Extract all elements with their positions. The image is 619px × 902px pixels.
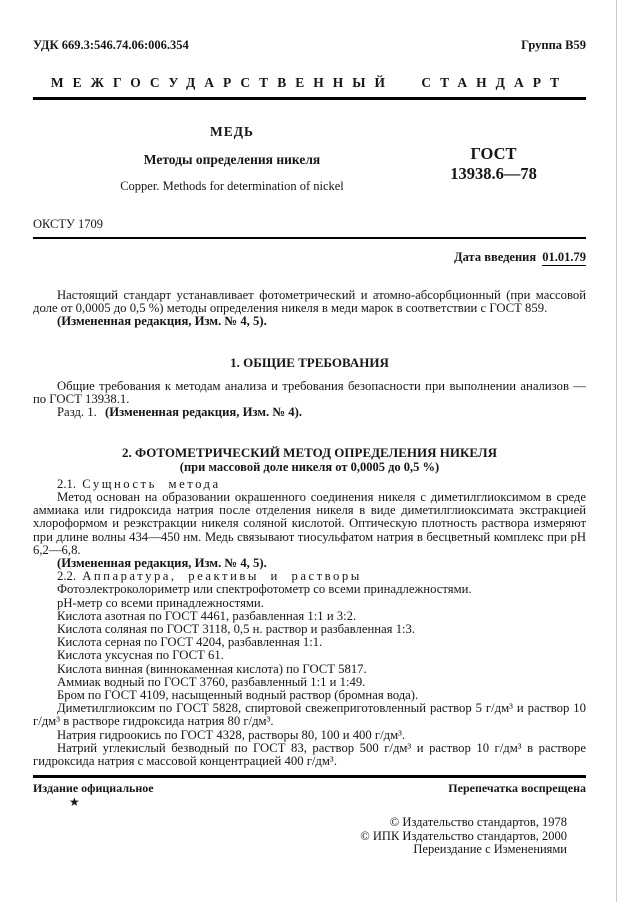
copyright-line-2000: © ИПК Издательство стандартов, 2000 xyxy=(33,830,567,844)
reagent-line: Натрий углекислый безводный по ГОСТ 83, … xyxy=(33,742,586,768)
intro-section: Настоящий стандарт устанавливает фотомет… xyxy=(33,289,586,329)
clause-2-1-paragraph: Метод основан на образовании окрашенного… xyxy=(33,491,586,557)
reprint-prohibited-label: Перепечатка воспрещена xyxy=(448,781,586,796)
section-2: 2. ФОТОМЕТРИЧЕСКИЙ МЕТОД ОПРЕДЕЛЕНИЯ НИК… xyxy=(33,446,586,768)
footer-divider xyxy=(33,775,586,778)
document-title: МЕДЬ xyxy=(63,124,401,140)
date-label: Дата введения xyxy=(454,250,536,264)
section-1-razd-note: Разд. 1. (Измененная редакция, Изм. № 4)… xyxy=(33,406,586,419)
intro-paragraph: Настоящий стандарт устанавливает фотомет… xyxy=(33,289,586,315)
section-1-heading: 1. ОБЩИЕ ТРЕБОВАНИЯ xyxy=(33,356,586,369)
title-block: МЕДЬ Методы определения никеля Copper. M… xyxy=(33,124,586,194)
star-icon: ★ xyxy=(69,796,586,808)
copyright-block: © Издательство стандартов, 1978 © ИПК Из… xyxy=(33,816,586,857)
group-code: Группа В59 xyxy=(521,38,586,53)
okstu-code: ОКСТУ 1709 xyxy=(33,217,586,232)
intro-amendment-note: (Измененная редакция, Изм. № 4, 5). xyxy=(33,315,586,328)
razd-prefix: Разд. 1. xyxy=(57,405,97,419)
clause-2-2-number: 2.2. xyxy=(57,569,76,583)
gost-number-block: ГОСТ 13938.6—78 xyxy=(401,124,586,194)
section-1: 1. ОБЩИЕ ТРЕБОВАНИЯ Общие требования к м… xyxy=(33,356,586,420)
title-column: МЕДЬ Методы определения никеля Copper. M… xyxy=(33,124,401,194)
gost-label: ГОСТ xyxy=(401,144,586,164)
official-edition-label: Издание официальное xyxy=(33,781,154,796)
classification-row: УДК 669.3:546.74.06:006.354 Группа В59 xyxy=(33,38,586,53)
date-value: 01.01.79 xyxy=(542,250,586,266)
document-page: УДК 669.3:546.74.06:006.354 Группа В59 М… xyxy=(0,0,619,857)
reagent-line: Кислота винная (виннокаменная кислота) п… xyxy=(33,663,586,676)
reagent-line: Натрия гидроокись по ГОСТ 4328, растворы… xyxy=(33,729,586,742)
section-2-subheading: (при массовой доле никеля от 0,0005 до 0… xyxy=(33,461,586,474)
reagent-line: Кислота уксусная по ГОСТ 61. xyxy=(33,649,586,662)
clause-2-1-number: 2.1. xyxy=(57,477,76,491)
reagent-line: Фотоэлектроколориметр или спектрофотомет… xyxy=(33,583,586,596)
clause-2-1-title: Сущность метода xyxy=(82,477,220,491)
reissue-note: Переиздание с Изменениями xyxy=(33,843,567,857)
scan-edge-artifact xyxy=(616,0,617,902)
introduction-date-line: Дата введения 01.01.79 xyxy=(33,250,586,265)
footer-row: Издание официальное Перепечатка воспреще… xyxy=(33,781,586,796)
standard-type-banner: МЕЖГОСУДАРСТВЕННЫЙ СТАНДАРТ xyxy=(33,75,586,91)
okstu-divider xyxy=(33,237,586,239)
reagent-line: Диметилглиоксим по ГОСТ 5828, спиртовой … xyxy=(33,702,586,728)
razd-amendment-note: (Измененная редакция, Изм. № 4). xyxy=(105,405,302,419)
copyright-line-1978: © Издательство стандартов, 1978 xyxy=(33,816,567,830)
document-subtitle: Методы определения никеля xyxy=(63,152,401,168)
gost-number: 13938.6—78 xyxy=(401,164,586,184)
header-divider xyxy=(33,97,586,100)
clause-2-2-title: Аппаратура, реактивы и растворы xyxy=(82,569,362,583)
section-1-paragraph: Общие требования к методам анализа и тре… xyxy=(33,380,586,406)
section-2-heading: 2. ФОТОМЕТРИЧЕСКИЙ МЕТОД ОПРЕДЕЛЕНИЯ НИК… xyxy=(33,446,586,459)
document-subtitle-en: Copper. Methods for determination of nic… xyxy=(63,179,401,194)
udk-code: УДК 669.3:546.74.06:006.354 xyxy=(33,38,189,53)
reagent-line: pH-метр со всеми принадлежностями. xyxy=(33,597,586,610)
